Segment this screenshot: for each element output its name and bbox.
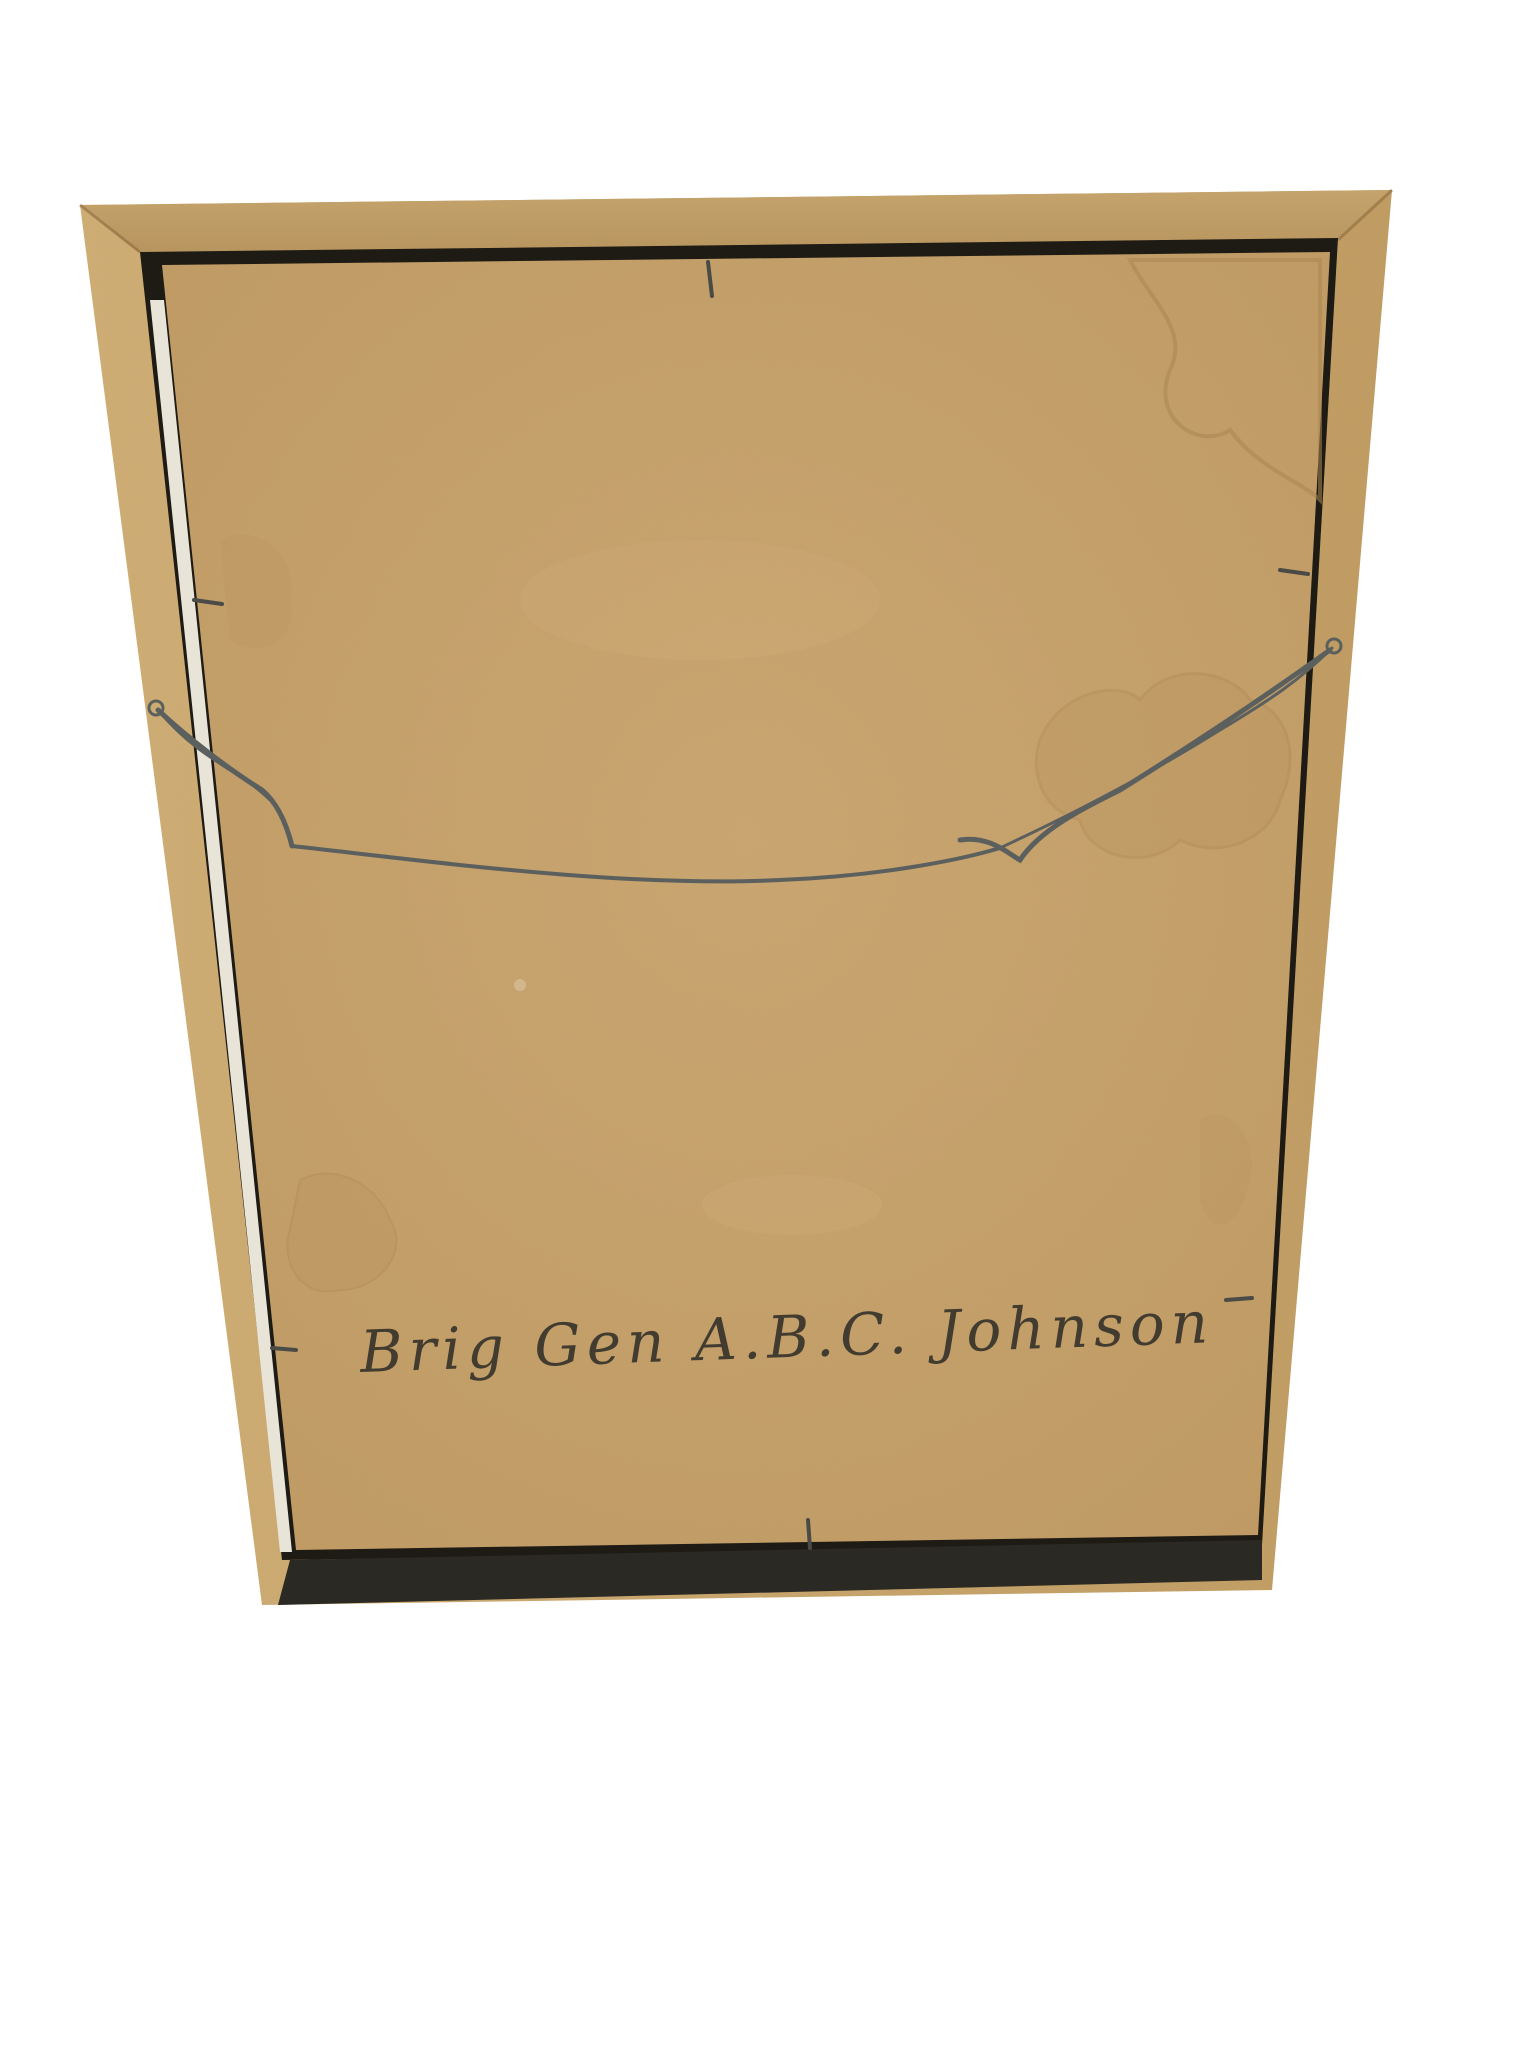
photo-stage: Brig Gen A.B.C. Johnson (0, 0, 1536, 2048)
frame-back-illustration (0, 0, 1536, 2048)
